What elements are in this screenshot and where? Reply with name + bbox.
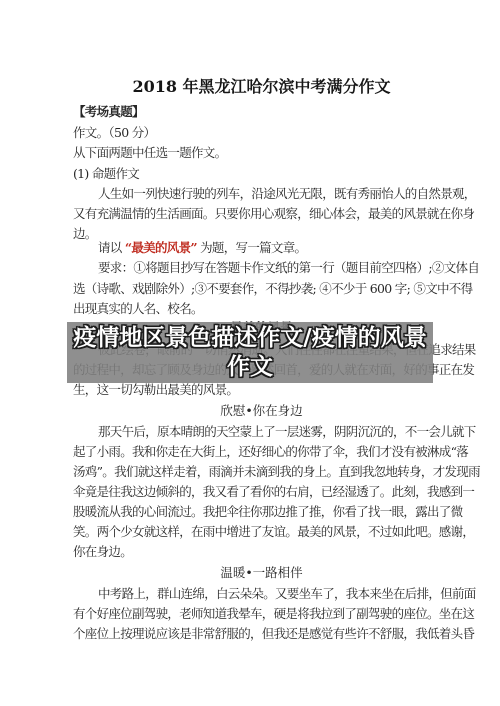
essay-line: 个座位上按理说应该是非常舒服的，但我还是感觉有些许不舒服，我低着头昏 xyxy=(73,624,473,644)
essay-line: 伞竟是往我这边倾斜的，我又看了看你的右肩，已经湿透了。此刻，我感到一 xyxy=(73,482,473,502)
watermark-title-line2: 作文 xyxy=(227,353,273,382)
essay-text-run: 为题，写一篇文章。 xyxy=(197,240,306,255)
watermark-title-line1: 疫情地区景色描述作文/疫情的风景 xyxy=(73,324,426,353)
essay-line: 有个好座位副驾驶，老师知道我晕车，硬是将我拉到了副驾驶的座位。坐在这 xyxy=(73,604,473,624)
essay-line: 人生如一列快速行驶的列车，沿途风光无限，既有秀丽怡人的自然景观， xyxy=(73,184,498,204)
essay-line: 【考场真题】 xyxy=(73,102,473,122)
essay-line: 选（诗歌、戏剧除外）;③不要套作，不得抄袭; ④不少于 600 字; ⑤文中不得 xyxy=(73,279,473,299)
essay-line: 从下面两题中任选一题作文。 xyxy=(73,143,473,163)
essay-title: 2018 年黑龙江哈尔滨中考满分作文 xyxy=(73,74,450,97)
essay-line: 生，这一切勾勒出最美的风景。 xyxy=(73,380,473,400)
watermark-banner: 疫情地区景色描述作文/疫情的风景 作文 xyxy=(67,322,433,383)
essay-line: (1) 命题作文 xyxy=(73,164,473,184)
essay-line: 欣慰•你在身边 xyxy=(73,401,450,421)
document-page: 2018 年黑龙江哈尔滨中考满分作文 【考场真题】作文。（50 分）从下面两题中… xyxy=(0,0,500,706)
essay-line: 要求：①将题目抄写在答题卡作文纸的第一行（题目前空四格）;②文体自 xyxy=(73,258,498,278)
essay-line: 作文。（50 分） xyxy=(73,123,473,143)
essay-text-run: 请以 xyxy=(98,240,125,255)
essay-line: 股暖流从我的心间流过。我把伞往你那边推了推，你看了找一眼，露出了微 xyxy=(73,502,473,522)
essay-line: 出现真实的人名、校名。 xyxy=(73,299,473,319)
essay-line: 那天午后，原本晴朗的天空蒙上了一层迷雾，阴阴沉沉的，不一会儿就下 xyxy=(73,422,498,442)
highlighted-essay-topic: “最美的风景” xyxy=(125,240,197,255)
essay-line: 请以 “最美的风景” 为题，写一篇文章。 xyxy=(73,238,498,258)
essay-line: 中考路上，群山连绵，白云朵朵。又要坐车了，我本来坐在后排，但前面 xyxy=(73,584,498,604)
essay-line: 起了小雨。我和你走在大街上，还好细心的你带了伞，我们才没有被淋成“落 xyxy=(73,442,473,462)
essay-line: 笑。两个少女就这样，在雨中增进了友谊。最美的风景，不过如此吧。感谢， xyxy=(73,522,473,542)
essay-line: 你在身边。 xyxy=(73,542,473,562)
essay-line: 又有充满温情的生活画面。只要你用心观察，细心体会，最美的风景就在你身 xyxy=(73,204,473,224)
essay-line: 温暖•一路相伴 xyxy=(73,563,450,583)
essay-line: 汤鸡”。我们就这样走着，雨滴并未滴到我的身上。直到我忽地转身，才发现雨 xyxy=(73,462,473,482)
